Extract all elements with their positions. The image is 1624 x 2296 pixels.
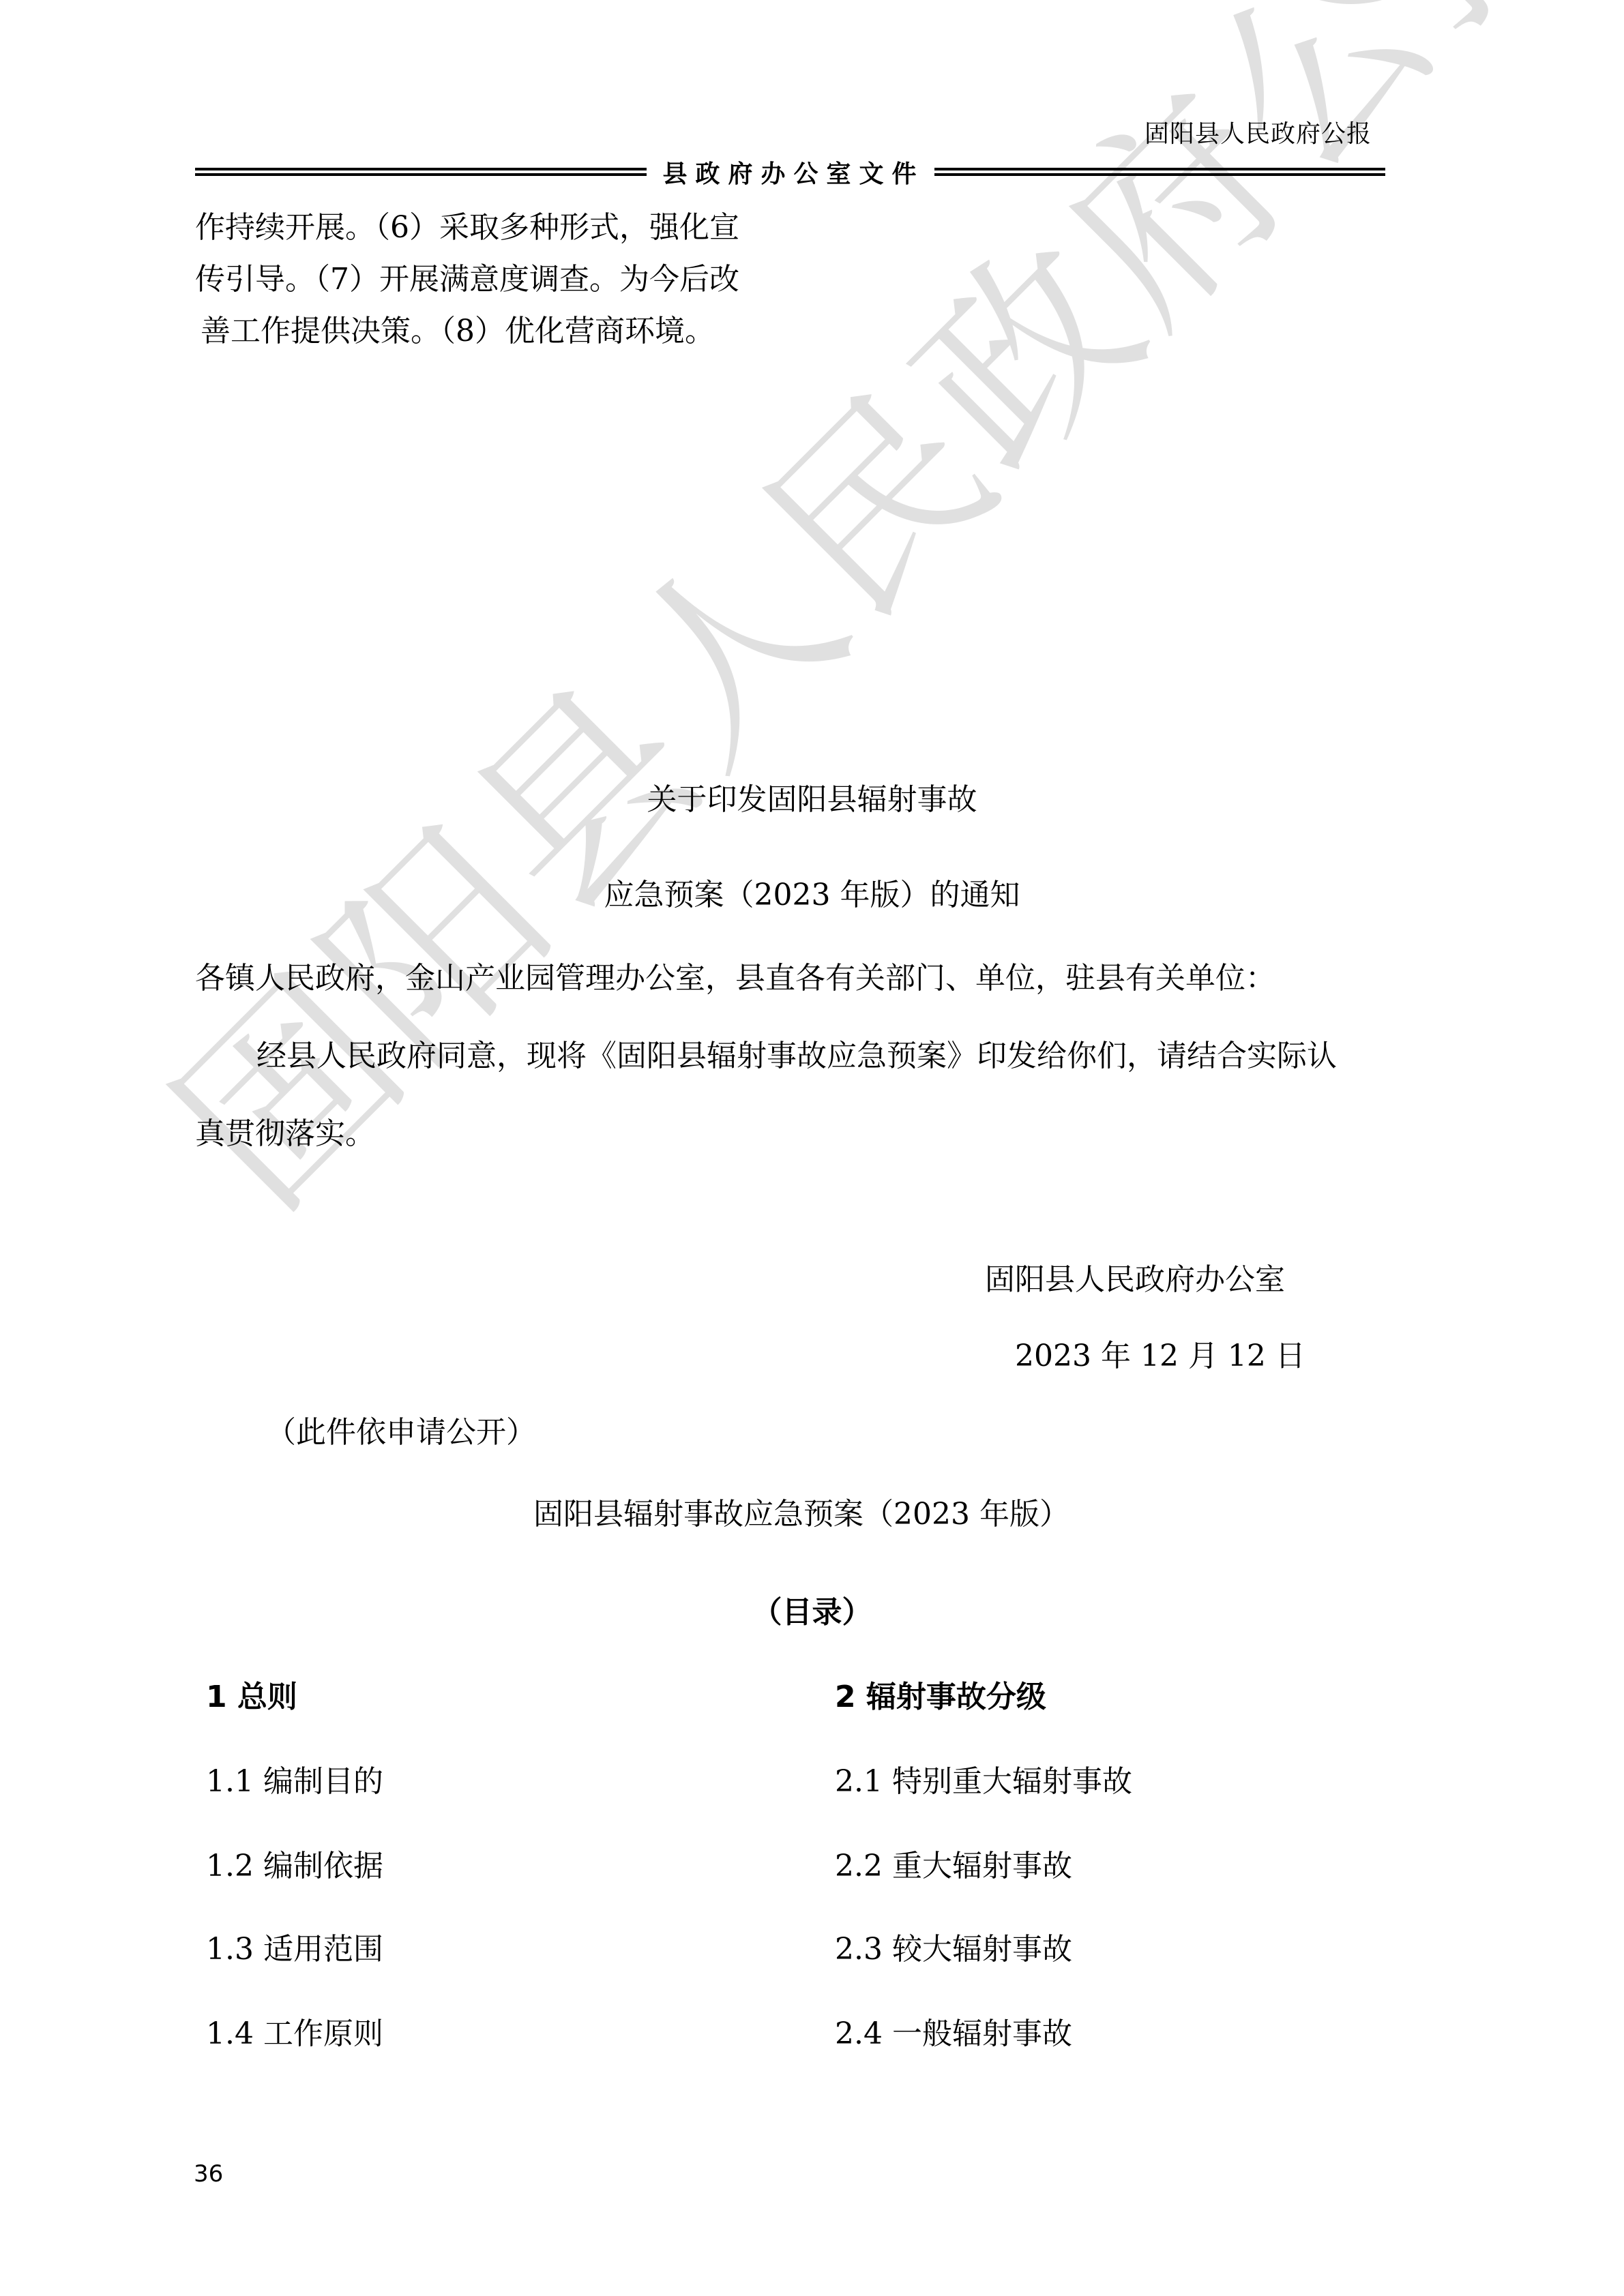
notice-title-line-1: 关于印发固阳县辐射事故	[0, 775, 1624, 818]
running-header-title: 固阳县人民政府公报	[1145, 115, 1372, 149]
banner-rule-right	[934, 168, 1386, 176]
continued-text-line: 善工作提供决策。（8）优化营商环境。	[195, 305, 809, 357]
banner-rule-left	[195, 168, 647, 176]
notice-date: 2023 年 12 月 12 日	[1015, 1331, 1305, 1375]
notice-body-line-1: 经县人民政府同意，现将《固阳县辐射事故应急预案》印发给你们，请结合实际认	[256, 1031, 1337, 1075]
toc-heading: （目录）	[0, 1587, 1624, 1631]
continued-text-line: 作持续开展。（6）采取多种形式，强化宣	[195, 202, 809, 254]
section-banner: 县政府办公室文件	[195, 151, 1385, 192]
notice-title-line-2: 应急预案（2023 年版）的通知	[0, 870, 1624, 914]
toc-item[interactable]: 1.4 工作原则	[206, 2009, 383, 2053]
toc-item[interactable]: 1.3 适用范围	[206, 1924, 383, 1968]
notice-signature: 固阳县人民政府办公室	[985, 1255, 1285, 1298]
disclosure-note: （此件依申请公开）	[266, 1407, 536, 1451]
page-number: 36	[194, 2160, 223, 2188]
toc-item[interactable]: 2.4 一般辐射事故	[835, 2009, 1072, 2053]
notice-addressees: 各镇人民政府，金山产业园管理办公室，县直各有关部门、单位，驻县有关单位：	[195, 953, 1275, 997]
toc-item[interactable]: 2.3 较大辐射事故	[835, 1924, 1072, 1968]
toc-item[interactable]: 1.1 编制目的	[206, 1757, 383, 1800]
plan-title: 固阳县辐射事故应急预案（2023 年版）	[533, 1489, 1069, 1533]
toc-item[interactable]: 1.2 编制依据	[206, 1841, 383, 1885]
continued-text-line: 传引导。（7）开展满意度调查。为今后改	[195, 254, 809, 305]
toc-item[interactable]: 2.1 特别重大辐射事故	[835, 1757, 1132, 1800]
section-banner-title: 县政府办公室文件	[647, 155, 934, 190]
toc-section-heading[interactable]: 2 辐射事故分级	[835, 1672, 1046, 1716]
toc-item[interactable]: 2.2 重大辐射事故	[835, 1841, 1072, 1885]
continued-text-block: 作持续开展。（6）采取多种形式，强化宣 传引导。（7）开展满意度调查。为今后改 …	[195, 202, 809, 357]
toc-section-heading[interactable]: 1 总则	[206, 1672, 297, 1716]
notice-body-line-2: 真贯彻落实。	[195, 1109, 375, 1152]
